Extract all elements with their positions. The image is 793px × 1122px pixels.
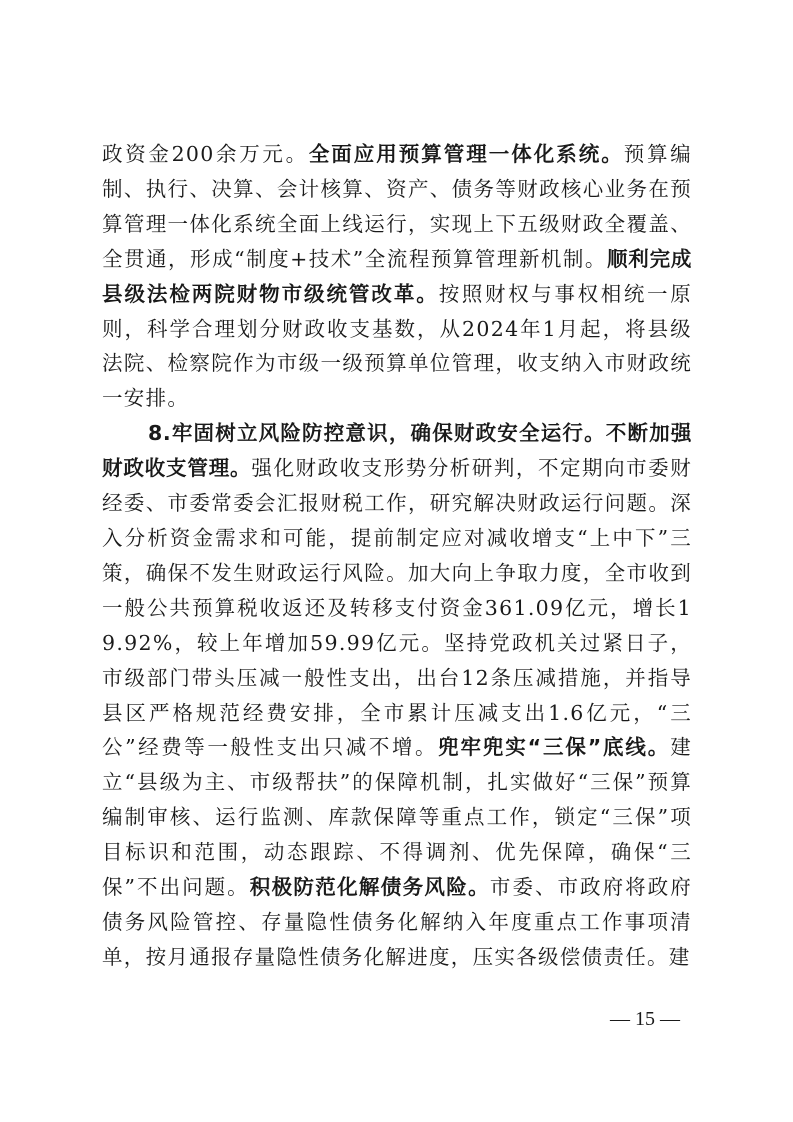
bold-heading-segment: 积极防范化解债务风险。 bbox=[250, 875, 490, 899]
bold-heading-segment: 兜牢兜实“三保”底线。 bbox=[438, 735, 670, 759]
section-heading: 8.牢固树立风险防控意识，确保财政安全运行。 bbox=[148, 421, 606, 445]
text-segment: 强化财政收支形势分析研判，不定期向市委财经委、市委常委会汇报财税工作，研究解决财… bbox=[102, 456, 692, 759]
paragraph-budget-system: 政资金200余万元。全面应用预算管理一体化系统。预算编制、执行、决算、会计核算、… bbox=[102, 137, 692, 416]
page-number: — 15 — bbox=[600, 1008, 690, 1031]
bold-heading-segment: 全面应用预算管理一体化系统。 bbox=[309, 142, 624, 166]
text-segment: 政资金200余万元。 bbox=[102, 142, 309, 166]
paragraph-risk-control: 8.牢固树立风险防控意识，确保财政安全运行。不断加强财政收支管理。强化财政收支形… bbox=[102, 416, 692, 975]
document-body: 政资金200余万元。全面应用预算管理一体化系统。预算编制、执行、决算、会计核算、… bbox=[102, 137, 692, 975]
